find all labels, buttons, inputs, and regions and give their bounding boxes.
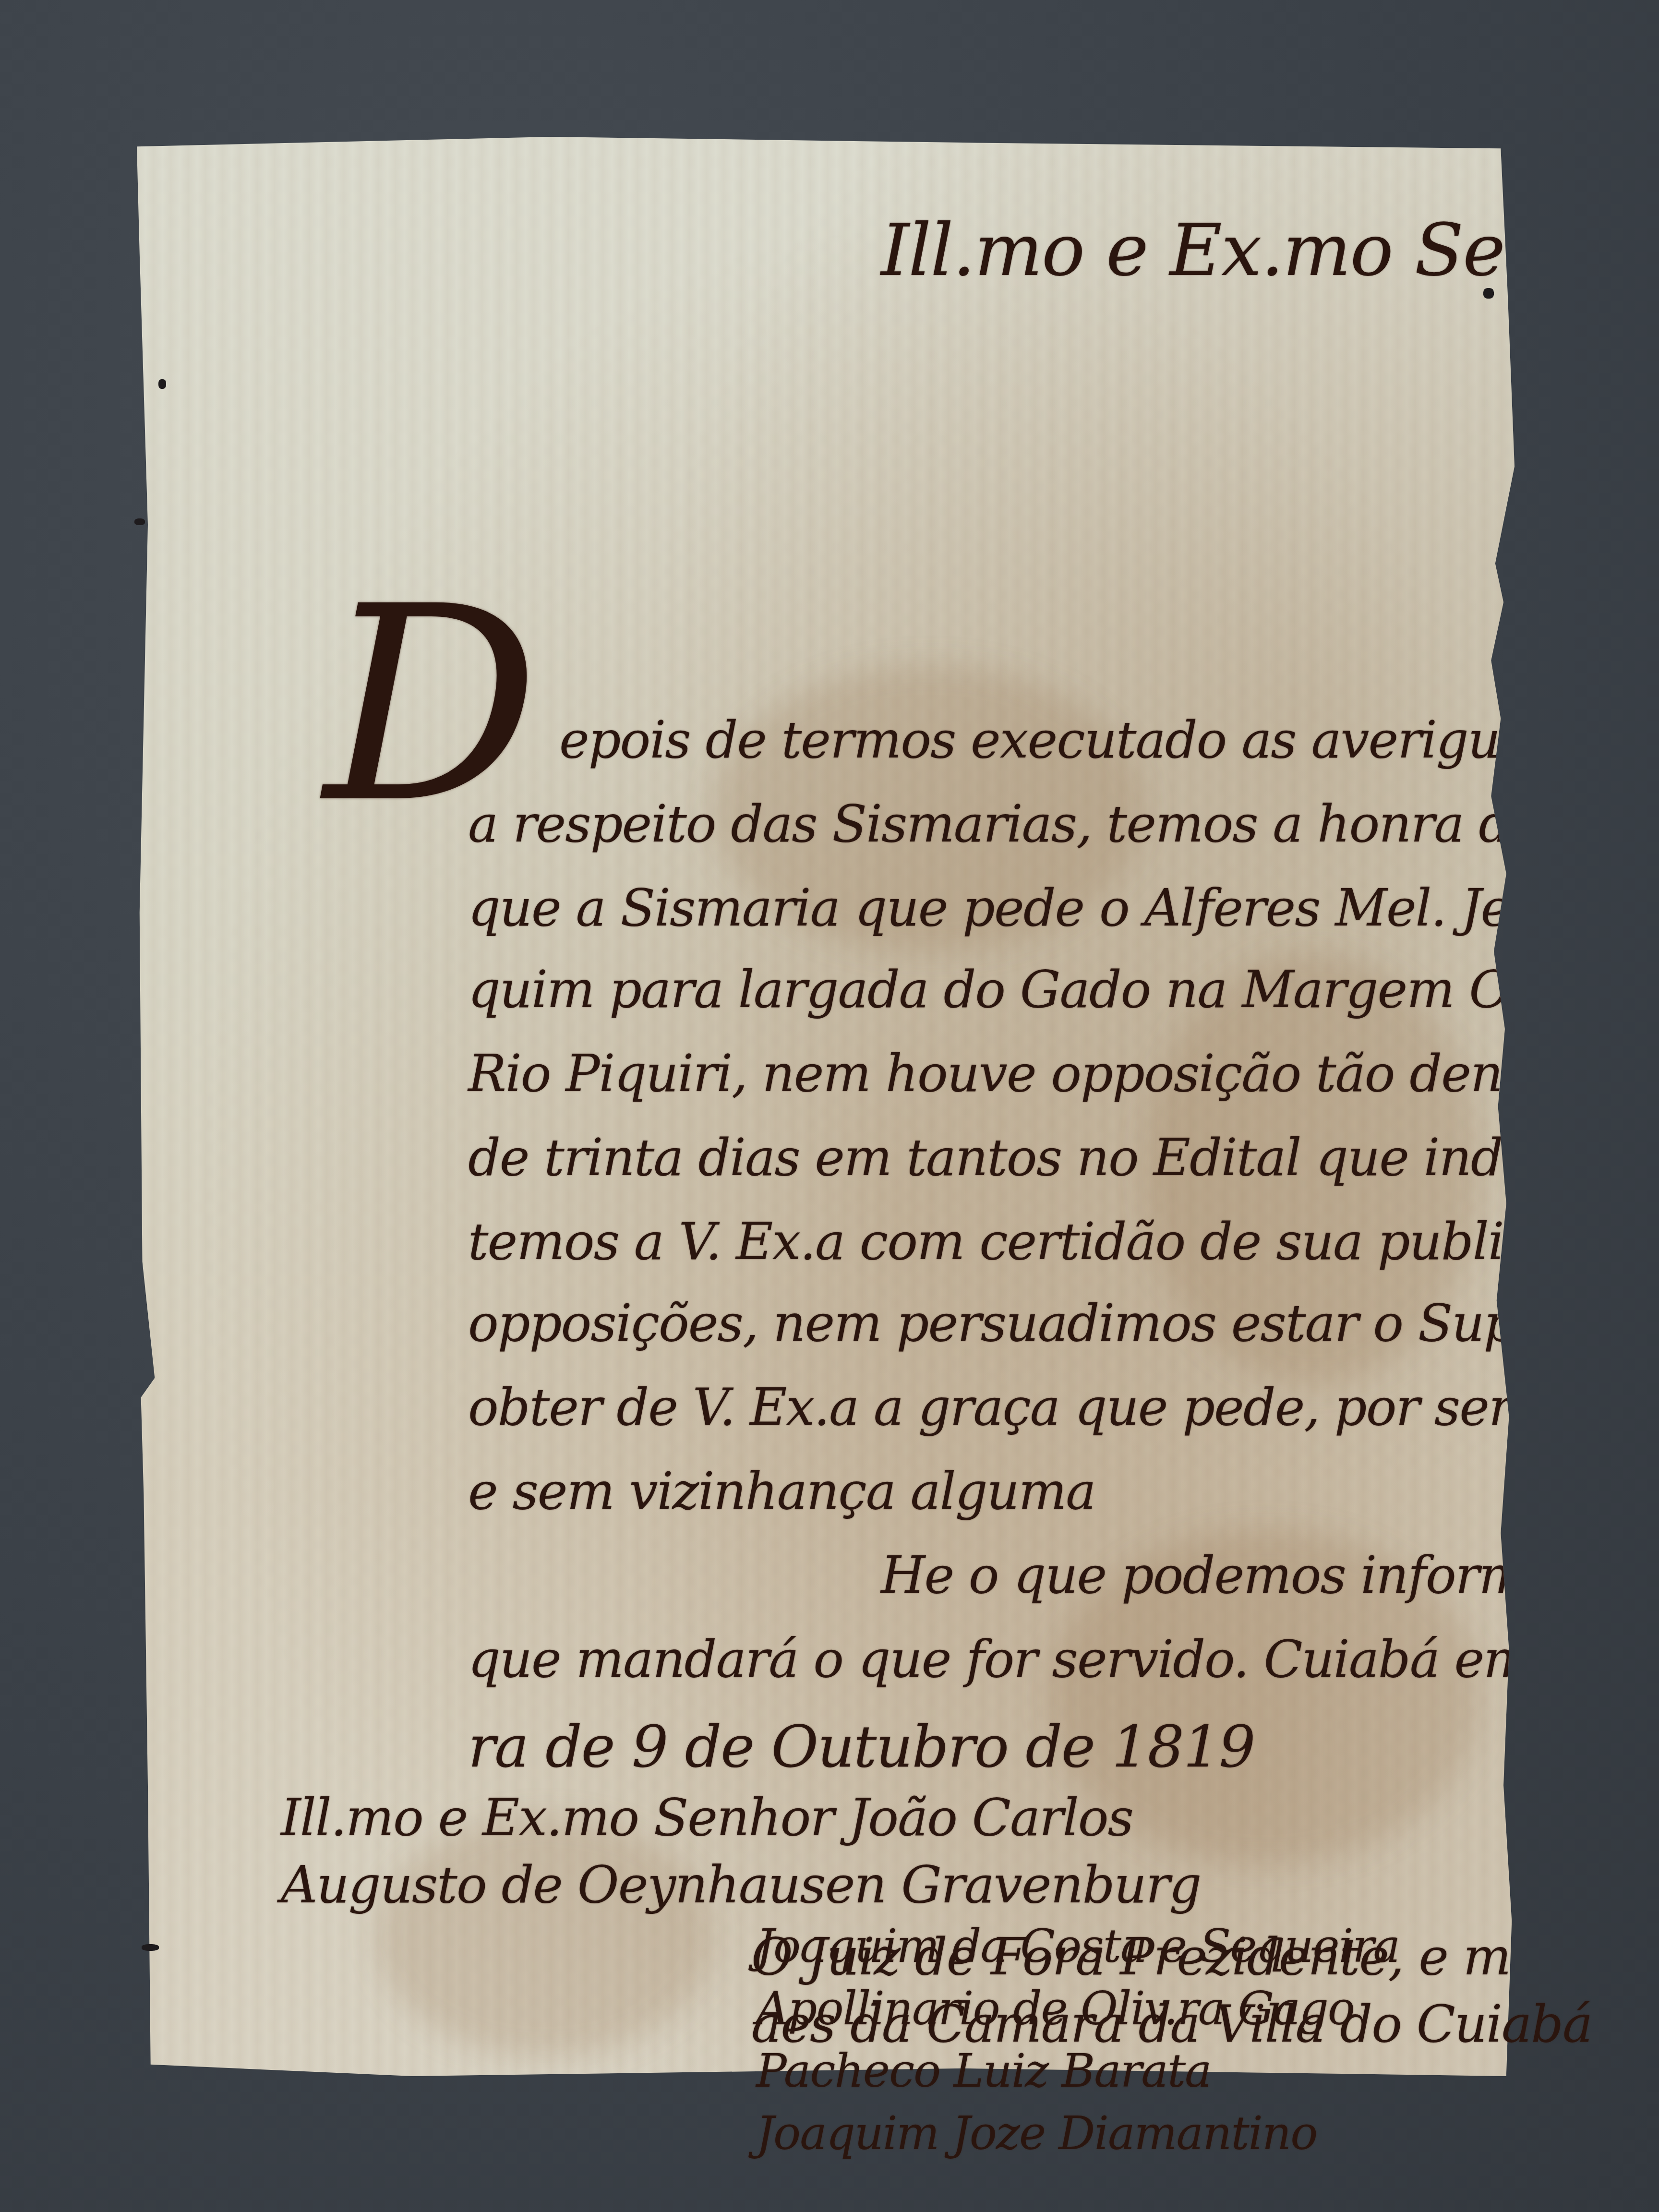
body-line: opposições, nem persuadimos estar o Supp… xyxy=(468,1294,1659,1353)
margin-mark xyxy=(134,518,145,525)
closing-line: que mandará o que for servido. Cuiabá em… xyxy=(468,1630,1659,1689)
margin-mark xyxy=(158,379,166,389)
date-line: ra de 9 de Outubro de 1819 xyxy=(468,1714,1255,1780)
closing-line: He o que podemos informar a V. Ex.a xyxy=(881,1546,1659,1605)
salutation-heading: Ill.mo e Ex.mo Senhor xyxy=(881,209,1659,292)
addressee-line: Ill.mo e Ex.mo Senhor João Carlos xyxy=(281,1788,1133,1847)
body-line: epois de termos executado as averiguaçoe… xyxy=(559,710,1659,769)
margin-mark xyxy=(142,1944,159,1951)
body-line: que a Sismaria que pede o Alferes Mel. J… xyxy=(468,878,1659,938)
margin-mark xyxy=(1483,288,1494,299)
addressee-line: Augusto de Oeynhausen Gravenburg xyxy=(281,1855,1201,1914)
signature: Joaquim Joze Diamantino xyxy=(756,2107,1317,2160)
body-line: a respeito das Sismarias, temos a honra … xyxy=(468,794,1659,854)
manuscript-page: Ill.mo e Ex.mo Senhor D epois de termos … xyxy=(137,137,1515,2076)
signatory-heading-line: O Juiz de Fora Prezidente, e mais Offici… xyxy=(751,1927,1659,1986)
water-stain xyxy=(377,1817,713,2057)
body-line: e sem vizinhança alguma xyxy=(468,1462,1095,1521)
body-line: temos a V. Ex.a com certidão de sua publ… xyxy=(468,1212,1659,1271)
body-line: quim para largada do Gado na Margem Occi… xyxy=(468,960,1659,1019)
body-line: Rio Piquiri, nem houve opposição tão den… xyxy=(468,1044,1659,1103)
body-line: de trinta dias em tantos no Edital que i… xyxy=(468,1128,1659,1187)
body-line: obter de V. Ex.a a graça que pede, por s… xyxy=(468,1378,1659,1437)
